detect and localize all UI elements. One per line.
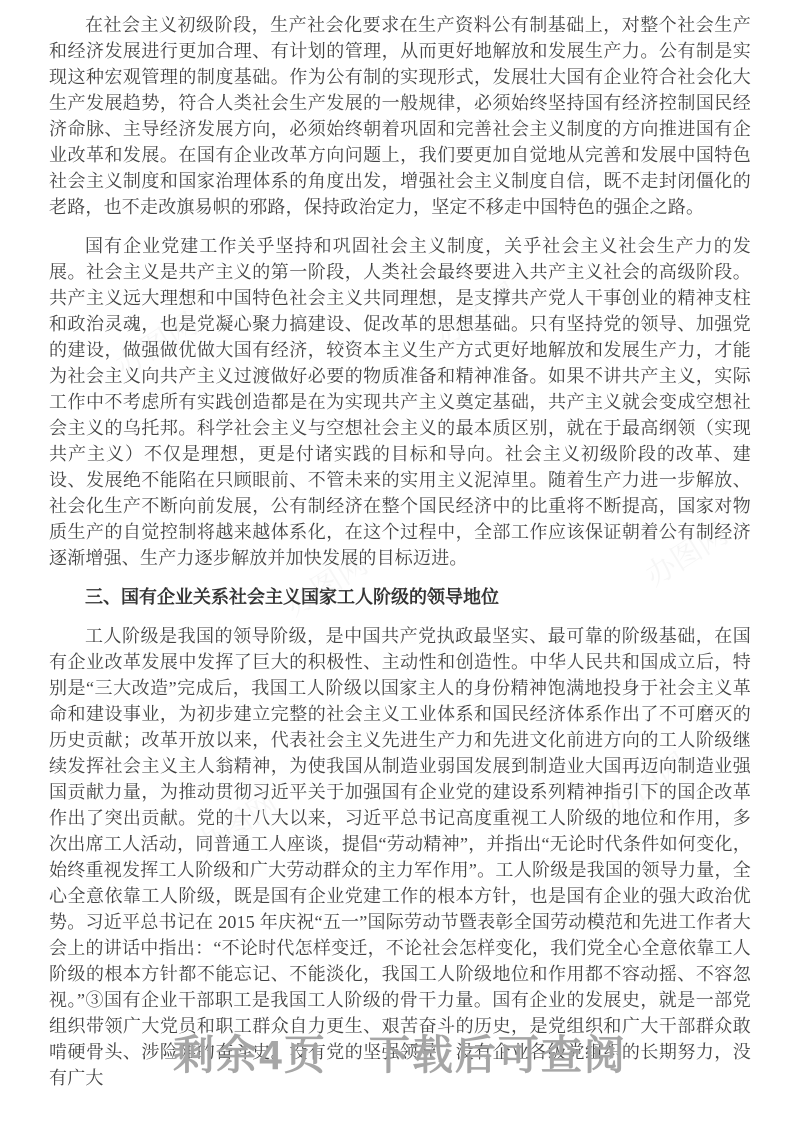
document-body: 在社会主义初级阶段，生产社会化要求在生产资料公有制基础上，对整个社会生产和经济发… [49,12,751,1104]
paragraph-working-class: 工人阶级是我国的领导阶级，是中国共产党执政最坚实、最可靠的阶级基础，在国有企业改… [49,623,751,1091]
section-heading-three: 三、国有企业关系社会主义国家工人阶级的领导地位 [49,584,751,610]
document-page: 在社会主义初级阶段，生产社会化要求在生产资料公有制基础上，对整个社会生产和经济发… [0,0,800,1128]
preview-footer-banner: 剩余4页下载后可查阅 [0,1022,800,1081]
remaining-pages-label: 剩余4页 [173,1032,327,1078]
paragraph-initial-stage: 在社会主义初级阶段，生产社会化要求在生产资料公有制基础上，对整个社会生产和经济发… [49,12,751,220]
paragraph-party-building: 国有企业党建工作关乎坚持和巩固社会主义制度，关乎社会主义社会生产力的发展。社会主… [49,233,751,571]
download-hint-label: 下载后可查阅 [369,1032,627,1078]
